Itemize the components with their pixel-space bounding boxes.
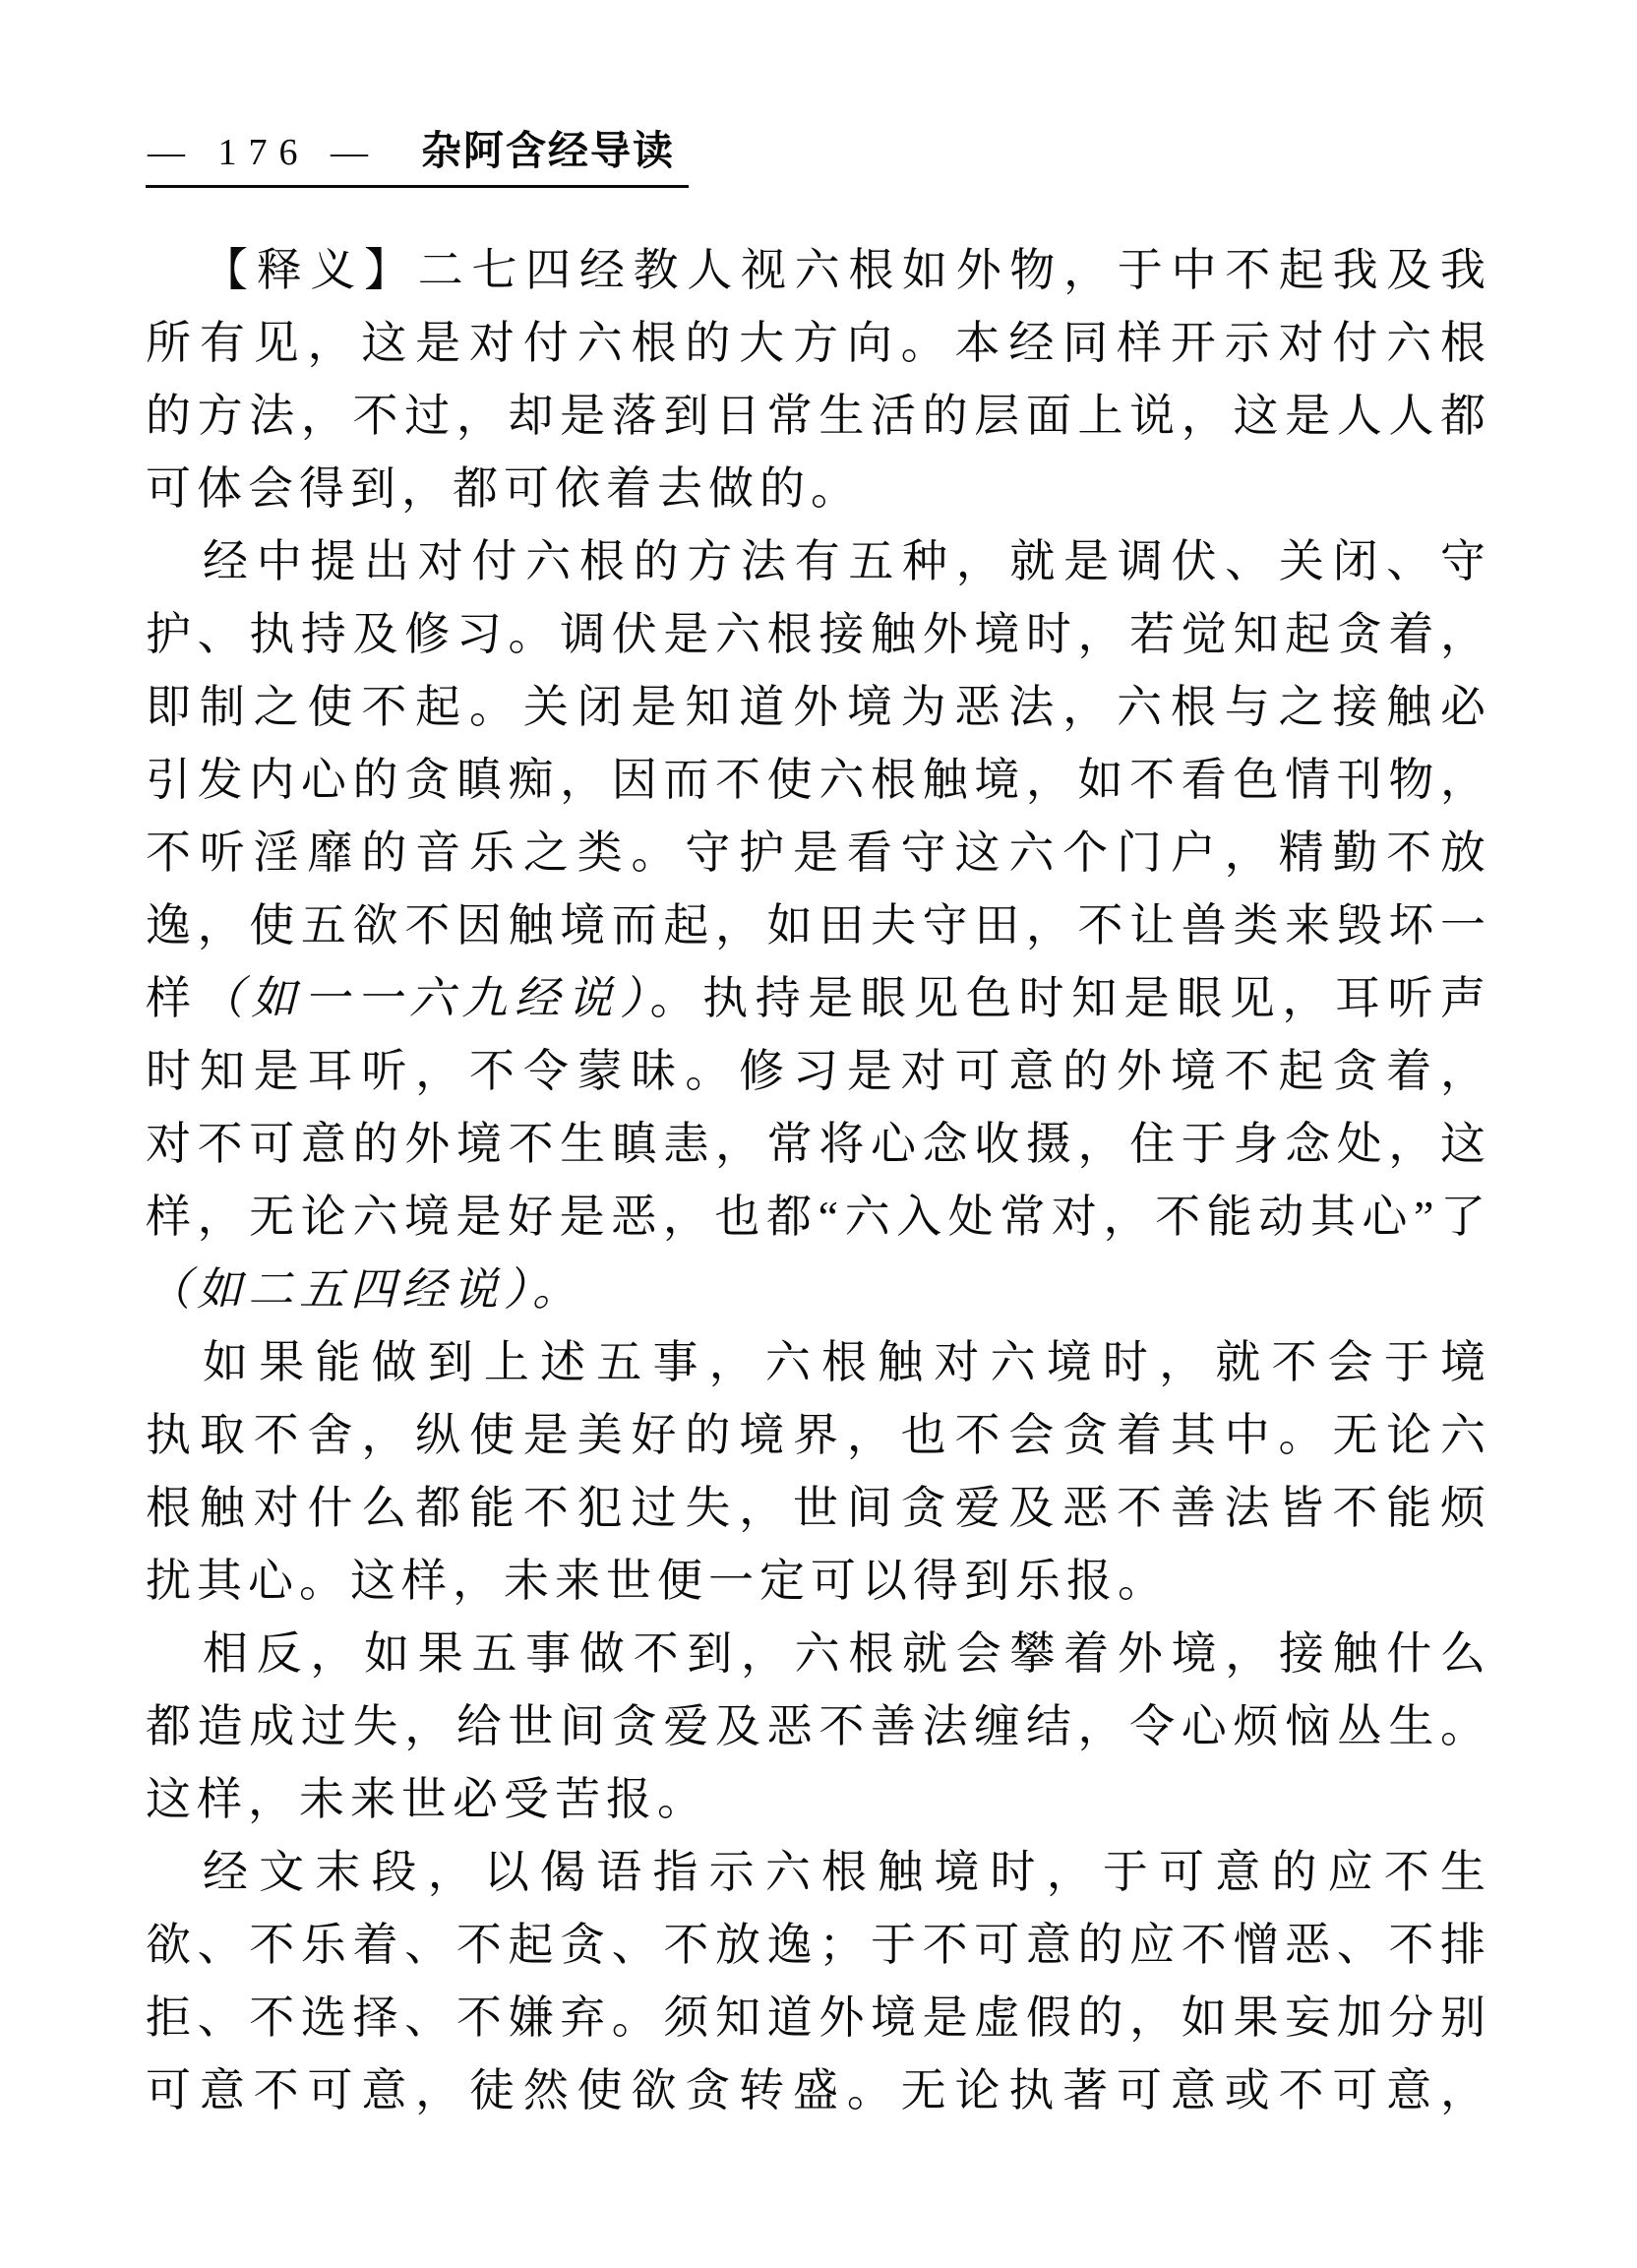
text-line: 相反，如果五事做不到，六根就会攀着外境，接触什么 — [146, 1618, 1491, 1690]
sutra-citation: （如一一六九经说） — [199, 973, 650, 1023]
book-page: — 176 — 杂阿含经导读 【释义】二七四经教人视六根如外物，于中不起我及我 … — [0, 0, 1637, 2268]
text-line: 时知是耳听，不令蒙昧。修习是对可意的外境不起贪着， — [146, 1035, 1491, 1108]
text-segment: 样 — [146, 973, 199, 1023]
text-line: 样（如一一六九经说）。执持是眼见色时知是眼见，耳听声 — [146, 962, 1491, 1035]
paragraph: 经文末段，以偈语指示六根触境时，于可意的应不生 欲、不乐着、不起贪、不放逸；于不… — [146, 1836, 1491, 2127]
text-line: 经中提出对付六根的方法有五种，就是调伏、关闭、守 — [146, 525, 1491, 598]
text-line: 经文末段，以偈语指示六根触境时，于可意的应不生 — [146, 1836, 1491, 1909]
text-line: 如果能做到上述五事，六根触对六境时，就不会于境 — [146, 1326, 1491, 1399]
text-line: 引发内心的贪瞋痴，因而不使六根触境，如不看色情刊物， — [146, 744, 1491, 817]
text-line: 即制之使不起。关闭是知道外境为恶法，六根与之接触必 — [146, 671, 1491, 744]
text-line: 的方法，不过，却是落到日常生活的层面上说，这是人人都 — [146, 380, 1491, 453]
text-line: 欲、不乐着、不起贪、不放逸；于不可意的应不憎恶、不排 — [146, 1909, 1491, 1982]
paragraph: 相反，如果五事做不到，六根就会攀着外境，接触什么 都造成过失，给世间贪爱及恶不善… — [146, 1618, 1491, 1836]
page-number: — 176 — — [148, 131, 380, 174]
text-line: 对不可意的外境不生瞋恚，常将心念收摄，住于身念处，这 — [146, 1108, 1491, 1181]
text-line: 所有见，这是对付六根的大方向。本经同样开示对付六根 — [146, 307, 1491, 380]
text-line: 可意不可意，徒然使欲贪转盛。无论执著可意或不可意， — [146, 2054, 1491, 2127]
text-segment: 。执持是眼见色时知是眼见，耳听声 — [650, 973, 1491, 1023]
page-body: 【释义】二七四经教人视六根如外物，于中不起我及我 所有见，这是对付六根的大方向。… — [146, 234, 1491, 2127]
text-line: 逸，使五欲不因触境而起，如田夫守田，不让兽类来毁坏一 — [146, 889, 1491, 962]
text-line: 这样，未来世必受苦报。 — [146, 1763, 1491, 1836]
text-line: 都造成过失，给世间贪爱及恶不善法缠结，令心烦恼丛生。 — [146, 1690, 1491, 1763]
book-title: 杂阿含经导读 — [421, 118, 675, 176]
text-line: 根触对什么都能不犯过失，世间贪爱及恶不善法皆不能烦 — [146, 1472, 1491, 1545]
text-line: 不听淫靡的音乐之类。守护是看守这六个门户，精勤不放 — [146, 817, 1491, 889]
paragraph: 经中提出对付六根的方法有五种，就是调伏、关闭、守 护、执持及修习。调伏是六根接触… — [146, 525, 1491, 1326]
text-line: 【释义】二七四经教人视六根如外物，于中不起我及我 — [146, 234, 1491, 307]
text-line: 样，无论六境是好是恶，也都“六入处常对，不能动其心”了 — [146, 1181, 1491, 1254]
sutra-citation: （如二五四经说）。 — [146, 1254, 1491, 1326]
text-line: 拒、不选择、不嫌弃。须知道外境是虚假的，如果妄加分别 — [146, 1982, 1491, 2054]
text-line: 护、执持及修习。调伏是六根接触外境时，若觉知起贪着， — [146, 598, 1491, 671]
page-header: — 176 — 杂阿含经导读 — [146, 118, 689, 188]
text-line: 执取不舍，纵使是美好的境界，也不会贪着其中。无论六 — [146, 1399, 1491, 1472]
text-line: 可体会得到，都可依着去做的。 — [146, 453, 1491, 525]
paragraph: 【释义】二七四经教人视六根如外物，于中不起我及我 所有见，这是对付六根的大方向。… — [146, 234, 1491, 525]
text-line: 扰其心。这样，未来世便一定可以得到乐报。 — [146, 1545, 1491, 1618]
paragraph: 如果能做到上述五事，六根触对六境时，就不会于境 执取不舍，纵使是美好的境界，也不… — [146, 1326, 1491, 1618]
header-rule: — 176 — 杂阿含经导读 — [146, 118, 689, 188]
